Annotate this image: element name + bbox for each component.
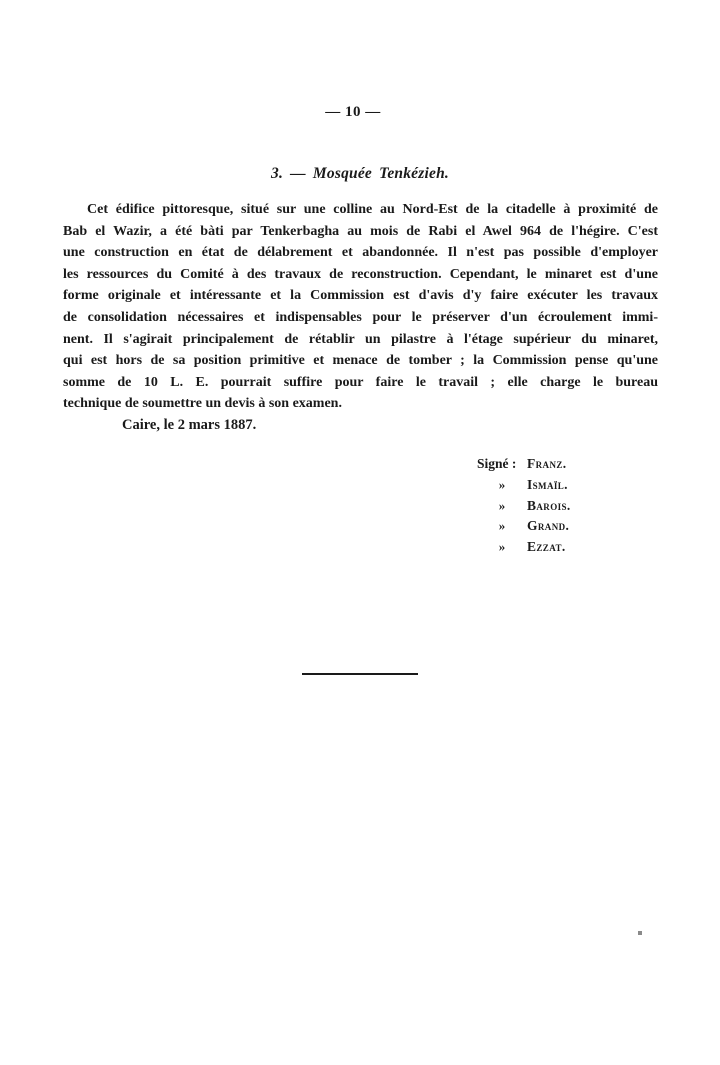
paragraph-line: forme originale et intéressante et la Co… [63, 285, 658, 307]
signature-row: » Grand. [477, 518, 571, 539]
paragraph-line: somme de 10 L. E. pourrait suffire pour … [63, 372, 658, 394]
document-page: — 10 — 3. — Mosquée Tenkézieh. Cet édifi… [0, 0, 720, 1065]
signature-name: Franz. [527, 456, 571, 472]
signature-name: Grand. [527, 518, 571, 534]
ditto-mark: » [499, 498, 506, 514]
signature-block: Signé : Franz. » Ismaïl. » Barois. » Gra… [477, 456, 571, 560]
paragraph-line: qui est hors de sa position primitive et… [63, 350, 658, 372]
end-rule [302, 673, 418, 675]
scan-artifact [638, 931, 642, 935]
section-title: 3. — Mosquée Tenkézieh. [0, 165, 720, 183]
paragraph-line: les ressources du Comité à des travaux d… [63, 264, 658, 286]
signature-row: » Barois. [477, 498, 571, 519]
dateline: Caire, le 2 mars 1887. [122, 417, 256, 434]
signature-row: » Ismaïl. [477, 477, 571, 498]
paragraph-line: Cet édifice pittoresque, situé sur une c… [63, 199, 658, 221]
signature-row: » Ezzat. [477, 539, 571, 560]
ditto-mark: » [499, 539, 506, 555]
paragraph-line: une construction en état de délabrement … [63, 242, 658, 264]
paragraph-line: de consolidation nécessaires et indispen… [63, 307, 658, 329]
signature-name: Ezzat. [527, 539, 571, 555]
paragraph-line: Bab el Wazir, a été bàti par Tenkerbagha… [63, 221, 658, 243]
paragraph-line: technique de soumettre un devis à son ex… [63, 393, 658, 415]
ditto-mark: » [499, 518, 506, 534]
signature-name: Barois. [527, 498, 571, 514]
page-number: — 10 — [0, 104, 706, 121]
body-paragraph: Cet édifice pittoresque, situé sur une c… [63, 199, 658, 415]
signature-name: Ismaïl. [527, 477, 571, 493]
paragraph-line: nent. Il s'agirait principalement de rét… [63, 329, 658, 351]
ditto-mark: » [499, 477, 506, 493]
signed-label: Signé : [477, 456, 527, 472]
signature-row: Signé : Franz. [477, 456, 571, 477]
